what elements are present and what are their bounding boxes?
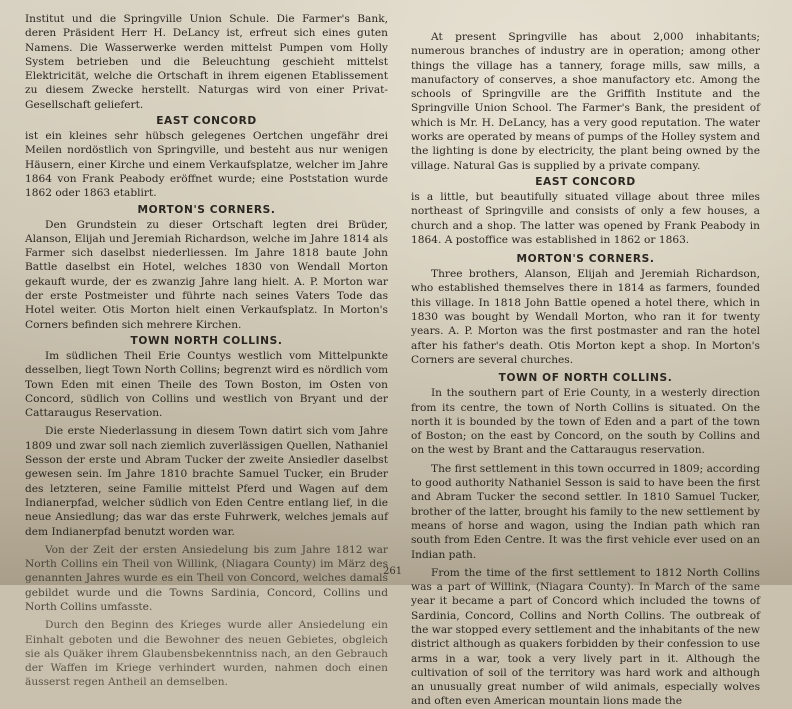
english-east-concord-paragraph: is a little, but beautifully situated vi… (411, 190, 760, 247)
german-east-concord-paragraph: ist ein kleines sehr hübsch gelegenes Oe… (25, 129, 388, 200)
english-north-collins-paragraph-2: The first settlement in this town occurr… (411, 462, 760, 562)
english-north-collins-paragraph-3: From the time of the first settlement to… (411, 566, 760, 585)
book-page: Institut und die Springville Union Schul… (0, 0, 792, 585)
german-north-collins-paragraph-3: Von der Zeit der ersten Ansiedelung bis … (25, 543, 388, 585)
english-mortons-corners-paragraph: Three brothers, Alanson, Elijah and Jere… (411, 267, 760, 367)
english-intro-paragraph: At present Springville has about 2,000 i… (411, 30, 760, 173)
english-column: At present Springville has about 2,000 i… (411, 30, 760, 585)
german-north-collins-paragraph-2: Die erste Niederlassung in diesem Town d… (25, 424, 388, 538)
german-heading-mortons-corners: MORTON'S CORNERS. (25, 203, 388, 217)
german-mortons-corners-paragraph: Den Grundstein zu dieser Ortschaft legte… (25, 218, 388, 332)
english-heading-north-collins: TOWN OF NORTH COLLINS. (411, 371, 760, 385)
german-intro-paragraph: Institut und die Springville Union Schul… (25, 12, 388, 112)
german-heading-east-concord: EAST CONCORD (25, 114, 388, 128)
german-heading-north-collins: TOWN NORTH COLLINS. (25, 334, 388, 348)
english-north-collins-paragraph-1: In the southern part of Erie County, in … (411, 386, 760, 457)
page-number: 261 (383, 566, 402, 577)
english-heading-east-concord: EAST CONCORD (411, 175, 760, 189)
english-heading-mortons-corners: MORTON'S CORNERS. (411, 252, 760, 266)
german-column: Institut und die Springville Union Schul… (25, 12, 388, 585)
german-north-collins-paragraph-1: Im südlichen Theil Erie Countys westlich… (25, 349, 388, 420)
